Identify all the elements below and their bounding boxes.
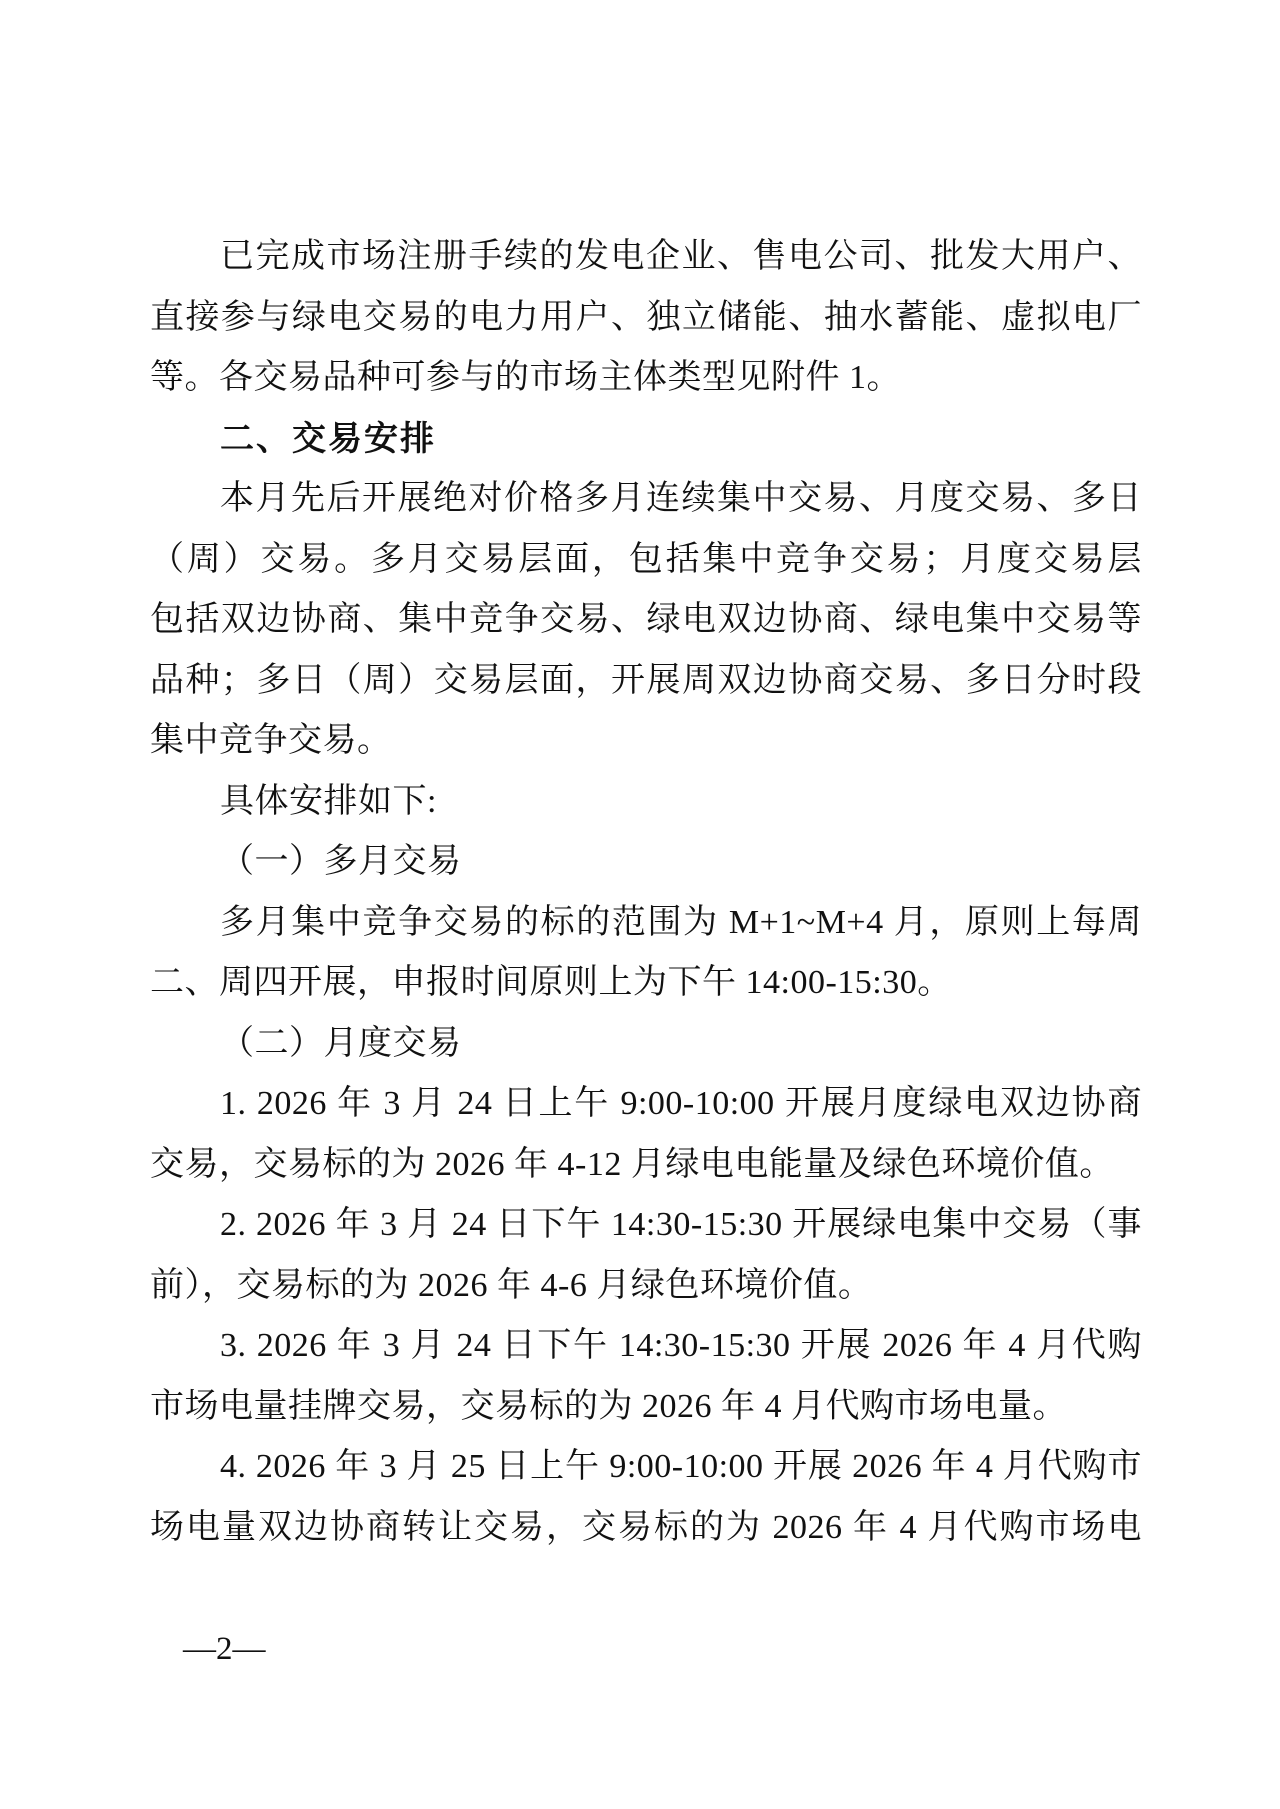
body-text-line: 3. 2026 年 3 月 24 日下午 14:30-15:30 开展 2026…	[150, 1316, 1142, 1377]
body-text-line: 4. 2026 年 3 月 25 日上午 9:00-10:00 开展 2026 …	[150, 1437, 1142, 1498]
body-text-line: 包括双边协商、集中竞争交易、绿电双边协商、绿电集中交易等	[150, 590, 1142, 651]
body-text-line: 集中竞争交易。	[150, 711, 1142, 772]
body-text-line: 交易，交易标的为 2026 年 4-12 月绿电电能量及绿色环境价值。	[150, 1135, 1142, 1196]
body-text-line: （周）交易。多月交易层面，包括集中竞争交易；月度交易层面，	[150, 530, 1142, 591]
document-body: 已完成市场注册手续的发电企业、售电公司、批发大用户、 直接参与绿电交易的电力用户…	[150, 227, 1142, 1558]
body-text-line: 已完成市场注册手续的发电企业、售电公司、批发大用户、	[150, 227, 1142, 288]
document-page: 已完成市场注册手续的发电企业、售电公司、批发大用户、 直接参与绿电交易的电力用户…	[0, 0, 1280, 1809]
section-heading-trading-arrangement: 二、交易安排	[150, 409, 1142, 470]
body-text-line: 前），交易标的为 2026 年 4-6 月绿色环境价值。	[150, 1256, 1142, 1317]
page-number: —2—	[183, 1629, 266, 1669]
body-text-line: 2. 2026 年 3 月 24 日下午 14:30-15:30 开展绿电集中交…	[150, 1195, 1142, 1256]
body-text-line: 1. 2026 年 3 月 24 日上午 9:00-10:00 开展月度绿电双边…	[150, 1074, 1142, 1135]
body-text-line: 多月集中竞争交易的标的范围为 M+1~M+4 月，原则上每周	[150, 893, 1142, 954]
body-text-line: 场电量双边协商转让交易，交易标的为 2026 年 4 月代购市场电	[150, 1498, 1142, 1559]
body-text-line: 本月先后开展绝对价格多月连续集中交易、月度交易、多日	[150, 469, 1142, 530]
subsection-heading-multi-month-trading: （一）多月交易	[150, 832, 1142, 893]
subsection-heading-monthly-trading: （二）月度交易	[150, 1014, 1142, 1075]
body-text-line: 品种；多日（周）交易层面，开展周双边协商交易、多日分时段	[150, 651, 1142, 712]
body-text-line: 市场电量挂牌交易，交易标的为 2026 年 4 月代购市场电量。	[150, 1377, 1142, 1438]
body-text-line: 二、周四开展，申报时间原则上为下午 14:00-15:30。	[150, 953, 1142, 1014]
body-text-line: 具体安排如下:	[150, 772, 1142, 833]
body-text-line: 直接参与绿电交易的电力用户、独立储能、抽水蓄能、虚拟电厂	[150, 288, 1142, 349]
body-text-line: 等。各交易品种可参与的市场主体类型见附件 1。	[150, 348, 1142, 409]
